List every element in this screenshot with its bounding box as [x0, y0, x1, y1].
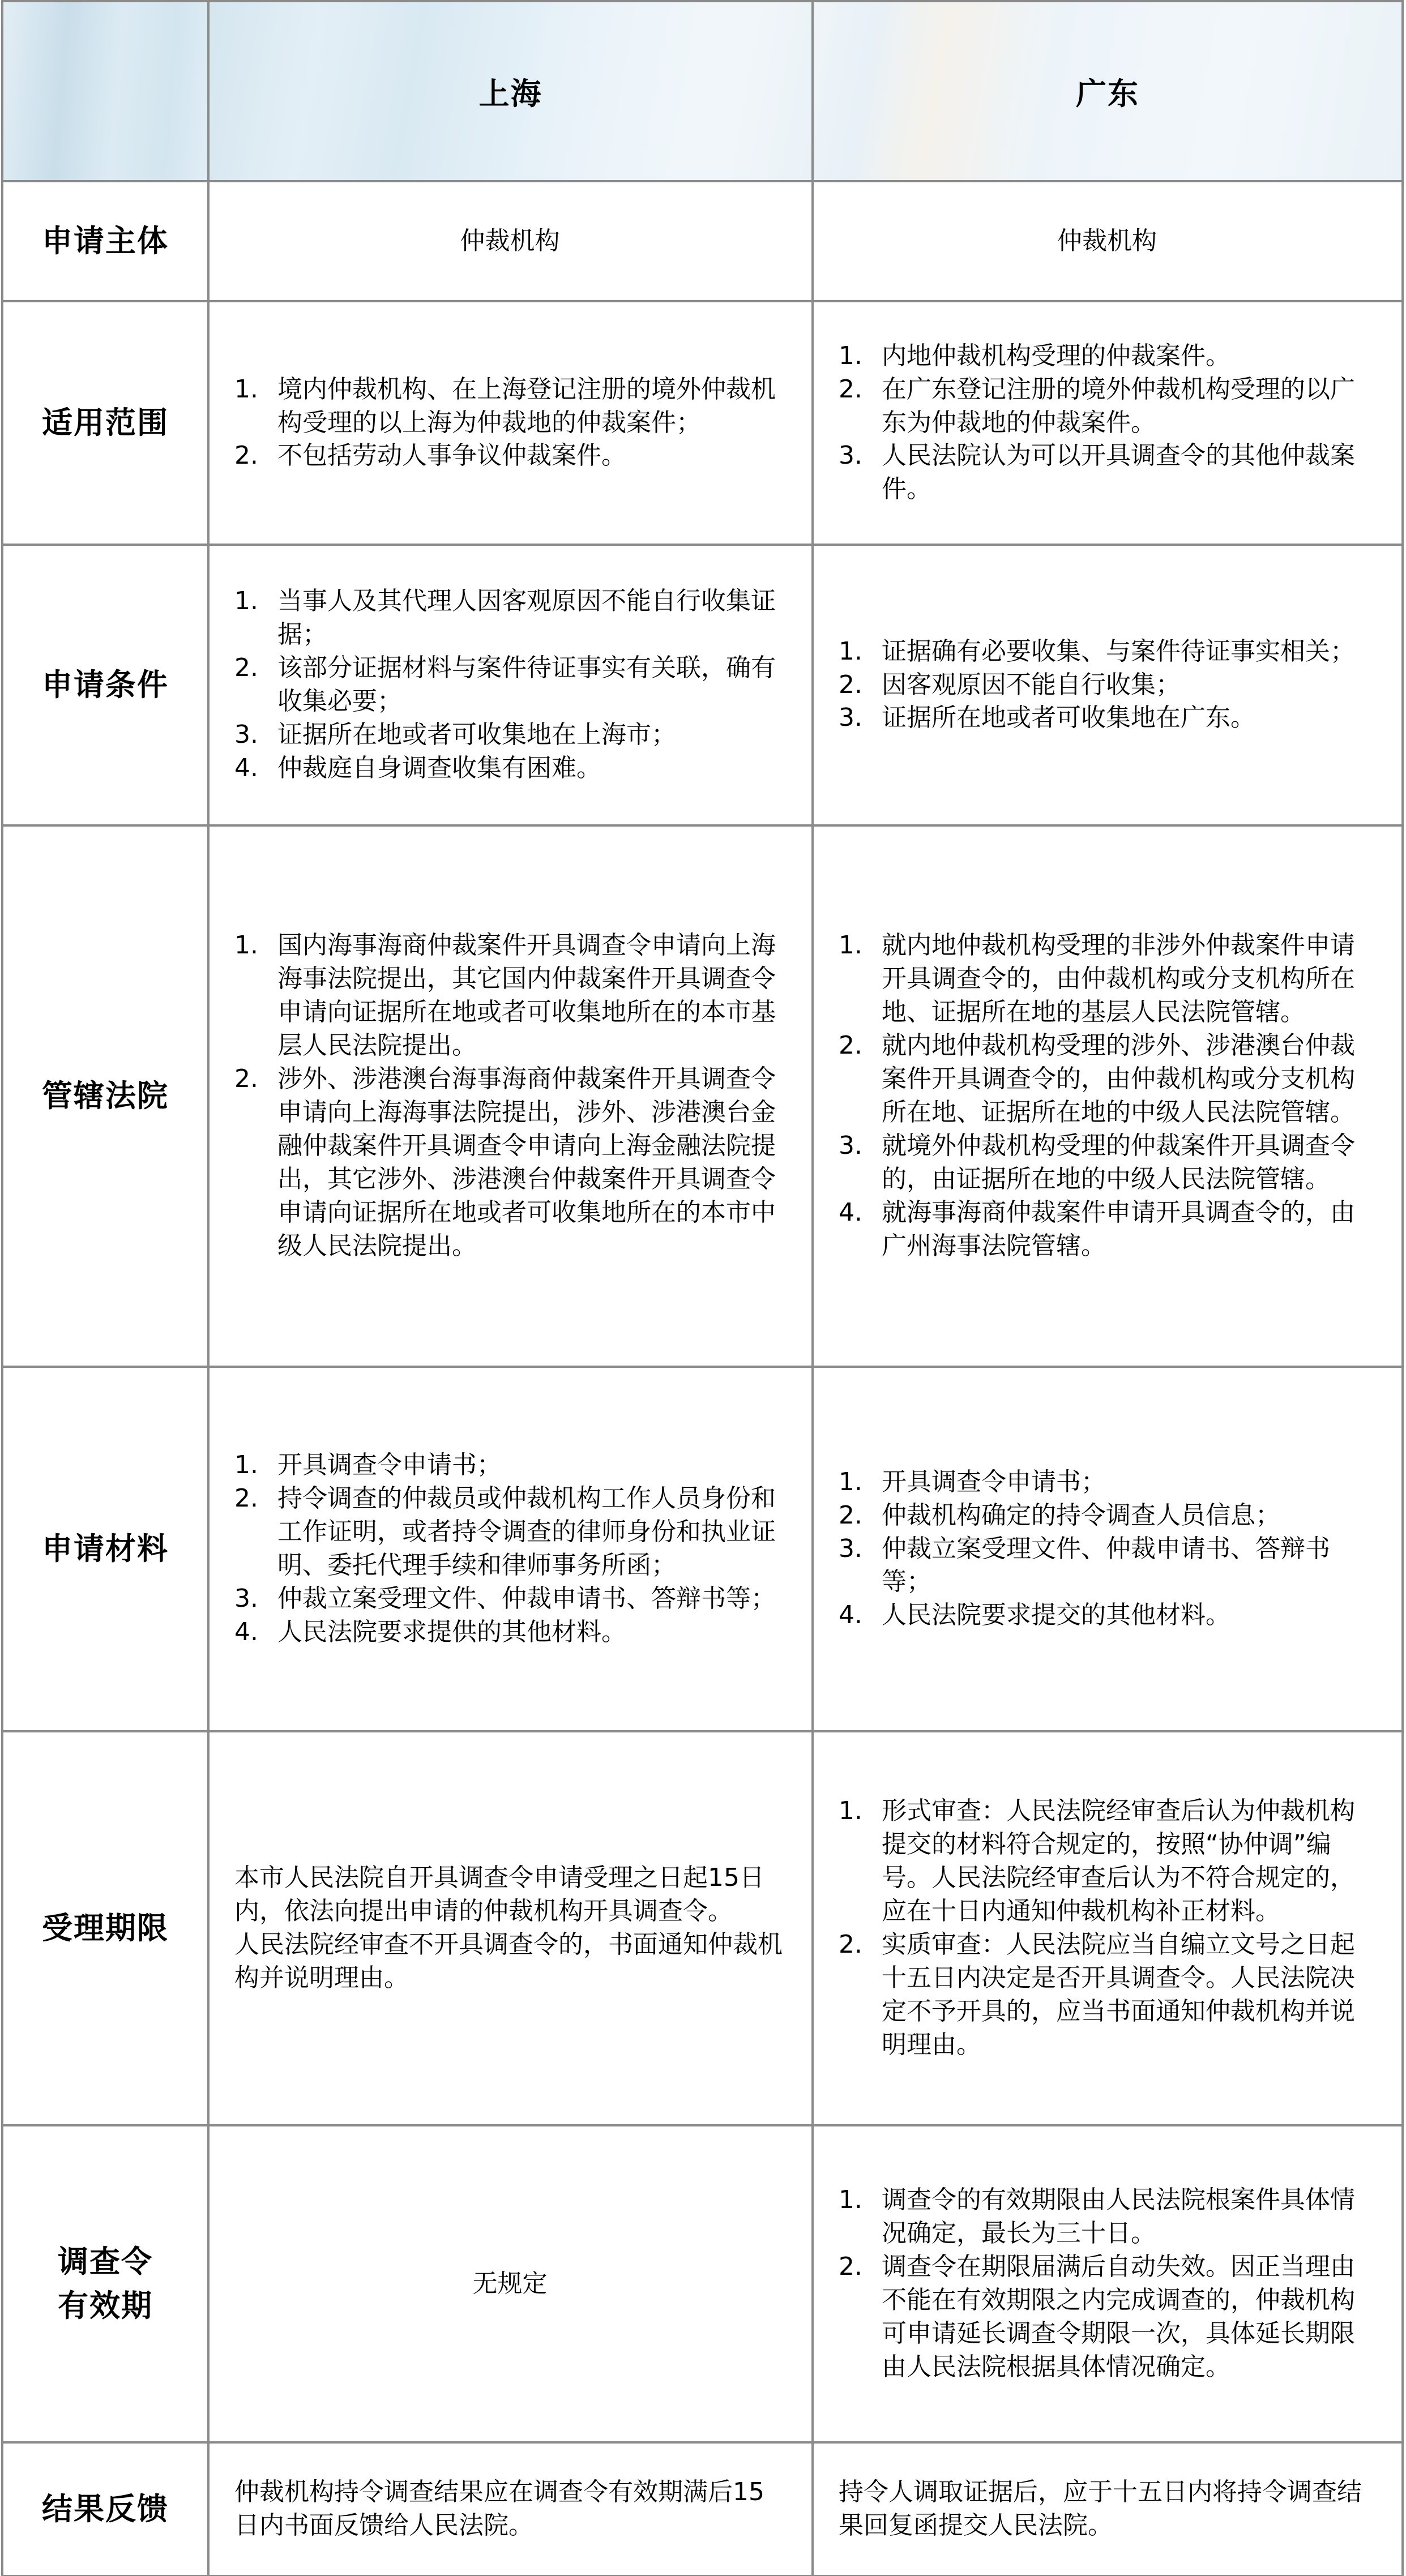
list-item-text: 当事人及其代理人因客观原因不能自行收集证据； [277, 587, 776, 649]
numbered-list: 1.当事人及其代理人因客观原因不能自行收集证据；2.该部分证据材料与案件待证事实… [234, 585, 785, 785]
list-item: 4.人民法院要求提交的其他材料。 [839, 1599, 1375, 1632]
numbered-list: 1.国内海事海商仲裁案件开具调查令申请向上海海事法院提出，其它国内仲裁案件开具调… [234, 929, 785, 1263]
list-item: 1.形式审查：人民法院经审查后认为仲裁机构提交的材料符合规定的，按照“协仲调”编… [839, 1795, 1375, 1928]
list-item: 1.开具调查令申请书； [234, 1449, 785, 1482]
numbered-list: 1.开具调查令申请书；2.仲裁机构确定的持令调查人员信息；3.仲裁立案受理文件、… [839, 1466, 1375, 1633]
numbered-list: 1.证据确有必要收集、与案件待证事实相关；2.因客观原因不能自行收集；3.证据所… [839, 635, 1355, 735]
list-number: 1. [839, 2184, 862, 2217]
paragraph-block: 本市人民法院自开具调查令申请受理之日起15日内，依法向提出申请的仲裁机构开具调查… [234, 1862, 785, 1995]
paragraph: 人民法院经审查不开具调查令的，书面通知仲裁机构并说明理由。 [234, 1928, 785, 1995]
paragraph: 持令人调取证据后，应于十五日内将持令调查结果回复函提交人民法院。 [839, 2476, 1375, 2543]
list-number: 4. [839, 1196, 862, 1230]
list-item: 2.因客观原因不能自行收集； [839, 669, 1355, 702]
paragraph-block: 持令人调取证据后，应于十五日内将持令调查结果回复函提交人民法院。 [839, 2476, 1375, 2543]
list-item-text: 该部分证据材料与案件待证事实有关联，确有收集必要； [277, 653, 776, 716]
cell-guangdong: 1.形式审查：人民法院经审查后认为仲裁机构提交的材料符合规定的，按照“协仲调”编… [814, 1732, 1401, 2126]
numbered-list: 1.内地仲裁机构受理的仲裁案件。2.在广东登记注册的境外仲裁机构受理的以广东为仲… [839, 340, 1375, 507]
list-item-text: 形式审查：人民法院经审查后认为仲裁机构提交的材料符合规定的，按照“协仲调”编号。… [882, 1796, 1355, 1925]
list-number: 3. [234, 1582, 258, 1616]
comparison-table: 上海 广东 申请主体仲裁机构仲裁机构适用范围1.境内仲裁机构、在上海登记注册的境… [1, 0, 1404, 2576]
numbered-list: 1.境内仲裁机构、在上海登记注册的境外仲裁机构受理的以上海为仲裁地的仲裁案件；2… [234, 373, 785, 473]
list-item-text: 人民法院要求提交的其他材料。 [882, 1601, 1230, 1629]
list-item-text: 持令调查的仲裁员或仲裁机构工作人员身份和工作证明，或者持令调查的律师身份和执业证… [277, 1484, 776, 1580]
list-item-text: 仲裁机构确定的持令调查人员信息； [882, 1501, 1280, 1530]
cell-guangdong: 1.内地仲裁机构受理的仲裁案件。2.在广东登记注册的境外仲裁机构受理的以广东为仲… [814, 302, 1401, 546]
list-item-text: 国内海事海商仲裁案件开具调查令申请向上海海事法院提出，其它国内仲裁案件开具调查令… [277, 931, 776, 1060]
cell-shanghai: 1.境内仲裁机构、在上海登记注册的境外仲裁机构受理的以上海为仲裁地的仲裁案件；2… [210, 302, 814, 546]
list-number: 1. [839, 340, 862, 373]
list-item-text: 证据所在地或者可收集地在广东。 [882, 703, 1255, 732]
list-number: 1. [839, 635, 862, 669]
list-item: 1.调查令的有效期限由人民法院根案件具体情况确定，最长为三十日。 [839, 2184, 1375, 2250]
row-label-cell: 申请材料 [3, 1368, 210, 1732]
list-number: 2. [234, 652, 258, 685]
list-number: 3. [839, 701, 862, 735]
row-label: 申请条件 [42, 663, 169, 707]
list-number: 2. [839, 669, 862, 702]
list-number: 1. [234, 373, 258, 406]
list-item: 2.就内地仲裁机构受理的涉外、涉港澳台仲裁案件开具调查令的，由仲裁机构或分支机构… [839, 1029, 1375, 1129]
list-number: 3. [839, 1533, 862, 1566]
list-item: 3.证据所在地或者可收集地在广东。 [839, 701, 1355, 735]
list-item: 1.当事人及其代理人因客观原因不能自行收集证据； [234, 585, 785, 652]
row-label-cell: 结果反馈 [3, 2444, 210, 2576]
list-item-text: 仲裁立案受理文件、仲裁申请书、答辩书等； [277, 1584, 776, 1613]
column-title-shanghai: 上海 [479, 70, 542, 113]
list-number: 1. [839, 929, 862, 962]
row-label-cell: 调查令有效期 [3, 2126, 210, 2444]
list-item: 1.国内海事海商仲裁案件开具调查令申请向上海海事法院提出，其它国内仲裁案件开具调… [234, 929, 785, 1063]
cell-guangdong: 1.证据确有必要收集、与案件待证事实相关；2.因客观原因不能自行收集；3.证据所… [814, 546, 1401, 827]
list-item-text: 证据所在地或者可收集地在上海市； [277, 720, 676, 749]
list-item: 3.人民法院认为可以开具调查令的其他仲裁案件。 [839, 439, 1375, 506]
list-number: 2. [234, 1482, 258, 1516]
list-item-text: 仲裁立案受理文件、仲裁申请书、答辩书等； [882, 1534, 1330, 1597]
cell-text: 仲裁机构 [460, 225, 560, 258]
list-item-text: 开具调查令申请书； [882, 1467, 1106, 1496]
cell-guangdong: 1.调查令的有效期限由人民法院根案件具体情况确定，最长为三十日。2.调查令在期限… [814, 2126, 1401, 2444]
row-label-cell: 适用范围 [3, 302, 210, 546]
header-guangdong: 广东 [814, 2, 1401, 182]
row-label-cell: 申请主体 [3, 182, 210, 302]
list-item-text: 在广东登记注册的境外仲裁机构受理的以广东为仲裁地的仲裁案件。 [882, 375, 1355, 437]
list-item: 2.调查令在期限届满后自动失效。因正当理由不能在有效期限之内完成调查的，仲裁机构… [839, 2250, 1375, 2384]
cell-shanghai: 1.当事人及其代理人因客观原因不能自行收集证据；2.该部分证据材料与案件待证事实… [210, 546, 814, 827]
list-item-text: 人民法院要求提供的其他材料。 [277, 1618, 626, 1646]
list-item: 2.实质审查：人民法院应当自编立文号之日起十五日内决定是否开具调查令。人民法院决… [839, 1928, 1375, 2062]
list-number: 1. [234, 585, 258, 618]
list-number: 1. [234, 1449, 258, 1482]
row-label-line: 调查令 [58, 2240, 153, 2284]
paragraph-block: 仲裁机构持令调查结果应在调查令有效期满后15日内书面反馈给人民法院。 [234, 2476, 785, 2543]
list-item-text: 内地仲裁机构受理的仲裁案件。 [882, 341, 1230, 370]
list-item: 3.仲裁立案受理文件、仲裁申请书、答辩书等； [839, 1533, 1375, 1599]
list-item-text: 就境外仲裁机构受理的仲裁案件开具调查令的，由证据所在地的中级人民法院管辖。 [882, 1131, 1355, 1193]
list-item: 2.仲裁机构确定的持令调查人员信息； [839, 1499, 1375, 1533]
list-item-text: 涉外、涉港澳台海事海商仲裁案件开具调查令申请向上海海事法院提出，涉外、涉港澳台金… [277, 1064, 776, 1260]
list-item-text: 调查令的有效期限由人民法院根案件具体情况确定，最长为三十日。 [882, 2185, 1355, 2248]
list-number: 1. [839, 1795, 862, 1828]
cell-text: 仲裁机构 [1057, 225, 1157, 258]
list-item-text: 就海事海商仲裁案件申请开具调查令的，由广州海事法院管辖。 [882, 1198, 1355, 1260]
list-item-text: 实质审查：人民法院应当自编立文号之日起十五日内决定是否开具调查令。人民法院决定不… [882, 1930, 1355, 2059]
list-number: 3. [839, 1129, 862, 1163]
paragraph: 仲裁机构持令调查结果应在调查令有效期满后15日内书面反馈给人民法院。 [234, 2476, 785, 2543]
cell-guangdong: 1.开具调查令申请书；2.仲裁机构确定的持令调查人员信息；3.仲裁立案受理文件、… [814, 1368, 1401, 1732]
list-item-text: 不包括劳动人事争议仲裁案件。 [277, 441, 626, 470]
list-number: 4. [234, 752, 258, 785]
header-corner-cell [3, 2, 210, 182]
list-item-text: 仲裁庭自身调查收集有困难。 [277, 754, 601, 782]
cell-guangdong: 仲裁机构 [814, 182, 1401, 302]
row-label: 结果反馈 [42, 2487, 169, 2531]
row-label: 受理期限 [42, 1906, 169, 1950]
cell-text: 无规定 [473, 2267, 548, 2301]
cell-shanghai: 仲裁机构持令调查结果应在调查令有效期满后15日内书面反馈给人民法院。 [210, 2444, 814, 2576]
list-item-text: 人民法院认为可以开具调查令的其他仲裁案件。 [882, 441, 1355, 503]
list-number: 2. [234, 1063, 258, 1096]
list-item: 4.就海事海商仲裁案件申请开具调查令的，由广州海事法院管辖。 [839, 1196, 1375, 1263]
list-item-text: 证据确有必要收集、与案件待证事实相关； [882, 637, 1355, 666]
header-shanghai: 上海 [210, 2, 814, 182]
list-item: 4.人民法院要求提供的其他材料。 [234, 1616, 785, 1649]
list-item: 4.仲裁庭自身调查收集有困难。 [234, 752, 785, 785]
list-number: 1. [234, 929, 258, 962]
row-label: 调查令有效期 [58, 2240, 153, 2329]
list-number: 2. [839, 1499, 862, 1533]
list-item-text: 调查令在期限届满后自动失效。因正当理由不能在有效期限之内完成调查的，仲裁机构可申… [882, 2252, 1355, 2381]
list-item: 3.仲裁立案受理文件、仲裁申请书、答辩书等； [234, 1582, 785, 1616]
list-item: 2.涉外、涉港澳台海事海商仲裁案件开具调查令申请向上海海事法院提出，涉外、涉港澳… [234, 1063, 785, 1263]
numbered-list: 1.开具调查令申请书；2.持令调查的仲裁员或仲裁机构工作人员身份和工作证明，或者… [234, 1449, 785, 1649]
row-label-cell: 管辖法院 [3, 827, 210, 1368]
list-item: 2.持令调查的仲裁员或仲裁机构工作人员身份和工作证明，或者持令调查的律师身份和执… [234, 1482, 785, 1582]
numbered-list: 1.就内地仲裁机构受理的非涉外仲裁案件申请开具调查令的，由仲裁机构或分支机构所在… [839, 929, 1375, 1263]
list-item-text: 境内仲裁机构、在上海登记注册的境外仲裁机构受理的以上海为仲裁地的仲裁案件； [277, 375, 776, 437]
list-item-text: 就内地仲裁机构受理的非涉外仲裁案件申请开具调查令的，由仲裁机构或分支机构所在地、… [882, 931, 1355, 1026]
list-item: 2.不包括劳动人事争议仲裁案件。 [234, 439, 785, 473]
list-item: 1.就内地仲裁机构受理的非涉外仲裁案件申请开具调查令的，由仲裁机构或分支机构所在… [839, 929, 1375, 1029]
row-label: 申请材料 [42, 1527, 169, 1571]
cell-shanghai: 无规定 [210, 2126, 814, 2444]
list-item-text: 就内地仲裁机构受理的涉外、涉港澳台仲裁案件开具调查令的，由仲裁机构或分支机构所在… [882, 1031, 1355, 1127]
list-number: 2. [839, 373, 862, 406]
list-item: 2.在广东登记注册的境外仲裁机构受理的以广东为仲裁地的仲裁案件。 [839, 373, 1375, 440]
row-label: 适用范围 [42, 401, 169, 445]
row-label: 申请主体 [42, 219, 169, 263]
list-number: 2. [234, 439, 258, 473]
row-label: 管辖法院 [42, 1074, 169, 1118]
list-item: 3.证据所在地或者可收集地在上海市； [234, 718, 785, 752]
paragraph: 本市人民法院自开具调查令申请受理之日起15日内，依法向提出申请的仲裁机构开具调查… [234, 1862, 785, 1928]
list-number: 4. [234, 1616, 258, 1649]
list-item-text: 因客观原因不能自行收集； [882, 670, 1181, 699]
cell-shanghai: 仲裁机构 [210, 182, 814, 302]
list-number: 4. [839, 1599, 862, 1632]
cell-shanghai: 本市人民法院自开具调查令申请受理之日起15日内，依法向提出申请的仲裁机构开具调查… [210, 1732, 814, 2126]
list-number: 3. [234, 718, 258, 752]
list-item: 1.内地仲裁机构受理的仲裁案件。 [839, 340, 1375, 373]
list-item-text: 开具调查令申请书； [277, 1450, 502, 1479]
list-item: 2.该部分证据材料与案件待证事实有关联，确有收集必要； [234, 652, 785, 718]
row-label-cell: 受理期限 [3, 1732, 210, 2126]
list-item: 3.就境外仲裁机构受理的仲裁案件开具调查令的，由证据所在地的中级人民法院管辖。 [839, 1129, 1375, 1196]
row-label-line: 有效期 [58, 2284, 153, 2328]
list-number: 2. [839, 2250, 862, 2284]
cell-guangdong: 持令人调取证据后，应于十五日内将持令调查结果回复函提交人民法院。 [814, 2444, 1401, 2576]
list-number: 3. [839, 439, 862, 473]
list-number: 2. [839, 1029, 862, 1063]
list-number: 1. [839, 1466, 862, 1499]
list-item: 1.境内仲裁机构、在上海登记注册的境外仲裁机构受理的以上海为仲裁地的仲裁案件； [234, 373, 785, 440]
list-item: 1.开具调查令申请书； [839, 1466, 1375, 1499]
cell-shanghai: 1.国内海事海商仲裁案件开具调查令申请向上海海事法院提出，其它国内仲裁案件开具调… [210, 827, 814, 1368]
numbered-list: 1.调查令的有效期限由人民法院根案件具体情况确定，最长为三十日。2.调查令在期限… [839, 2184, 1375, 2384]
cell-shanghai: 1.开具调查令申请书；2.持令调查的仲裁员或仲裁机构工作人员身份和工作证明，或者… [210, 1368, 814, 1732]
row-label-cell: 申请条件 [3, 546, 210, 827]
column-title-guangdong: 广东 [1076, 70, 1139, 113]
list-number: 2. [839, 1928, 862, 1962]
cell-guangdong: 1.就内地仲裁机构受理的非涉外仲裁案件申请开具调查令的，由仲裁机构或分支机构所在… [814, 827, 1401, 1368]
list-item: 1.证据确有必要收集、与案件待证事实相关； [839, 635, 1355, 669]
numbered-list: 1.形式审查：人民法院经审查后认为仲裁机构提交的材料符合规定的，按照“协仲调”编… [839, 1795, 1375, 2062]
